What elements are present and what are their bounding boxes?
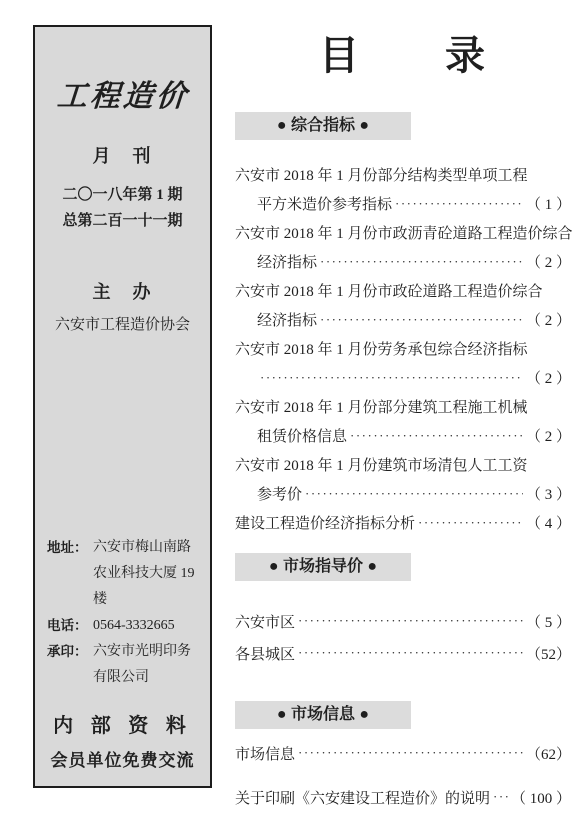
- entry-page: （ 2 ）: [526, 251, 571, 272]
- dot-leader: ········································…: [298, 613, 523, 629]
- dot-leader: ········································…: [320, 312, 523, 328]
- address-line: 楼: [93, 587, 202, 613]
- entry-text: 六安市 2018 年 1 月份市政沥青砼道路工程造价综合: [235, 222, 573, 243]
- entry-text: 市场信息: [235, 743, 295, 764]
- entry-page: （ 100 ）: [511, 787, 571, 808]
- entry-text: 六安市 2018 年 1 月份部分结构类型单项工程: [235, 164, 528, 185]
- section-heading-market-guide-price: ● 市场指导价 ●: [235, 553, 411, 581]
- toc-entry-line: 六安市 2018 年 1 月份部分结构类型单项工程: [235, 160, 571, 189]
- toc-entry-line: 六安市 2018 年 1 月份市政砼道路工程造价综合: [235, 276, 571, 305]
- toc-title: 目 录: [235, 28, 571, 84]
- organizer-name: 六安市工程造价协会: [55, 315, 190, 335]
- organizer-label: 主 办: [93, 281, 153, 303]
- entry-page: （ 2 ）: [526, 425, 571, 446]
- toc-entry-line: 建设工程造价经济指标分析····························…: [235, 508, 571, 537]
- entry-text: 经济指标: [257, 251, 317, 272]
- toc-entry-line: 市场信息····································…: [235, 737, 571, 769]
- printer-value: 六安市光明印务 有限公司: [93, 639, 202, 691]
- entry-page: （ 1 ）: [526, 193, 571, 214]
- entry-text: 各县城区: [235, 643, 295, 664]
- printer-line: 六安市光明印务: [93, 639, 202, 665]
- toc-entry-line: 平方米造价参考指标·······························…: [235, 189, 571, 218]
- phone-row: 电话： 0564-3332665: [47, 613, 202, 639]
- issue-number: 二〇一八年第 1 期: [62, 185, 182, 205]
- entry-text: 经济指标: [257, 309, 317, 330]
- entry-text: 六安市区: [235, 611, 295, 632]
- dot-leader: ········································…: [418, 515, 523, 531]
- toc-entry-line: 经济指标····································…: [235, 305, 571, 334]
- toc-entry-line: ········································…: [235, 363, 571, 392]
- section-heading-comprehensive-indicators: ● 综合指标 ●: [235, 112, 411, 140]
- dot-leader: ········································…: [350, 428, 523, 444]
- toc-entry-line: 六安市区····································…: [235, 605, 571, 637]
- toc-entry-line: 六安市 2018 年 1 月份部分建筑工程施工机械: [235, 392, 571, 421]
- dot-leader: ········································…: [298, 745, 523, 761]
- printer-row: 承印： 六安市光明印务 有限公司: [47, 639, 202, 691]
- free-exchange-notice: 会员单位免费交流: [51, 749, 195, 773]
- entry-page: （ 2 ）: [526, 367, 571, 388]
- dot-leader: ········································…: [395, 196, 523, 212]
- entry-page: （ 4 ）: [526, 512, 571, 533]
- toc-entry-line: 六安市 2018 年 1 月份市政沥青砼道路工程造价综合: [235, 218, 571, 247]
- toc-entry-line: 参考价·····································…: [235, 479, 571, 508]
- toc-entry-line: 经济指标····································…: [235, 247, 571, 276]
- contact-block: 地址： 六安市梅山南路 农业科技大厦 19 楼 电话： 0564-3332665…: [35, 535, 210, 691]
- address-line: 农业科技大厦 19: [93, 561, 202, 587]
- printer-label: 承印：: [47, 639, 93, 691]
- entry-text: 建设工程造价经济指标分析: [235, 512, 415, 533]
- address-value: 六安市梅山南路 农业科技大厦 19 楼: [93, 535, 202, 613]
- dot-leader: ········································…: [298, 645, 523, 661]
- entry-text: 六安市 2018 年 1 月份部分建筑工程施工机械: [235, 396, 528, 417]
- toc-entry-line: 六安市 2018 年 1 月份建筑市场清包人工工资: [235, 450, 571, 479]
- entry-page: （ 5 ）: [526, 611, 571, 632]
- entry-text: 关于印刷《六安建设工程造价》的说明: [235, 787, 490, 808]
- dot-leader: ········································…: [260, 370, 523, 386]
- entry-text: 平方米造价参考指标: [257, 193, 392, 214]
- toc-entry-line: 各县城区····································…: [235, 637, 571, 669]
- entry-text: 六安市 2018 年 1 月份市政砼道路工程造价综合: [235, 280, 543, 301]
- internal-material-notice: 内 部 资 料: [53, 713, 192, 739]
- section-heading-market-information: ● 市场信息 ●: [235, 701, 411, 729]
- entry-page: （52）: [526, 643, 571, 664]
- total-issue-number: 总第二百一十一期: [62, 211, 182, 231]
- toc-entry-line: 关于印刷《六安建设工程造价》的说明·······················…: [235, 781, 571, 813]
- entry-page: （ 3 ）: [526, 483, 571, 504]
- entry-page: （62）: [526, 743, 571, 764]
- entry-text: 六安市 2018 年 1 月份劳务承包综合经济指标: [235, 338, 528, 359]
- toc-entry-line: 租赁价格信息··································…: [235, 421, 571, 450]
- address-row: 地址： 六安市梅山南路 农业科技大厦 19 楼: [47, 535, 202, 613]
- address-label: 地址：: [47, 535, 93, 613]
- entry-page: （ 2 ）: [526, 309, 571, 330]
- phone-value: 0564-3332665: [93, 613, 202, 639]
- journal-info-panel: 工程造价 月 刊 二〇一八年第 1 期 总第二百一十一期 主 办 六安市工程造价…: [33, 25, 212, 788]
- journal-frequency: 月 刊: [93, 145, 153, 167]
- dot-leader: ········································…: [320, 254, 523, 270]
- phone-label: 电话：: [47, 613, 93, 639]
- printer-line: 有限公司: [93, 665, 202, 691]
- toc-entry-line: 六安市 2018 年 1 月份劳务承包综合经济指标: [235, 334, 571, 363]
- address-line: 六安市梅山南路: [93, 535, 202, 561]
- entry-text: 六安市 2018 年 1 月份建筑市场清包人工工资: [235, 454, 528, 475]
- table-of-contents: 目 录 ● 综合指标 ● 六安市 2018 年 1 月份部分结构类型单项工程 平…: [235, 28, 571, 813]
- journal-title: 工程造价: [55, 79, 190, 115]
- entry-text: 租赁价格信息: [257, 425, 347, 446]
- dot-leader: ········································…: [493, 789, 508, 805]
- entry-text: 参考价: [257, 483, 302, 504]
- dot-leader: ········································…: [305, 486, 523, 502]
